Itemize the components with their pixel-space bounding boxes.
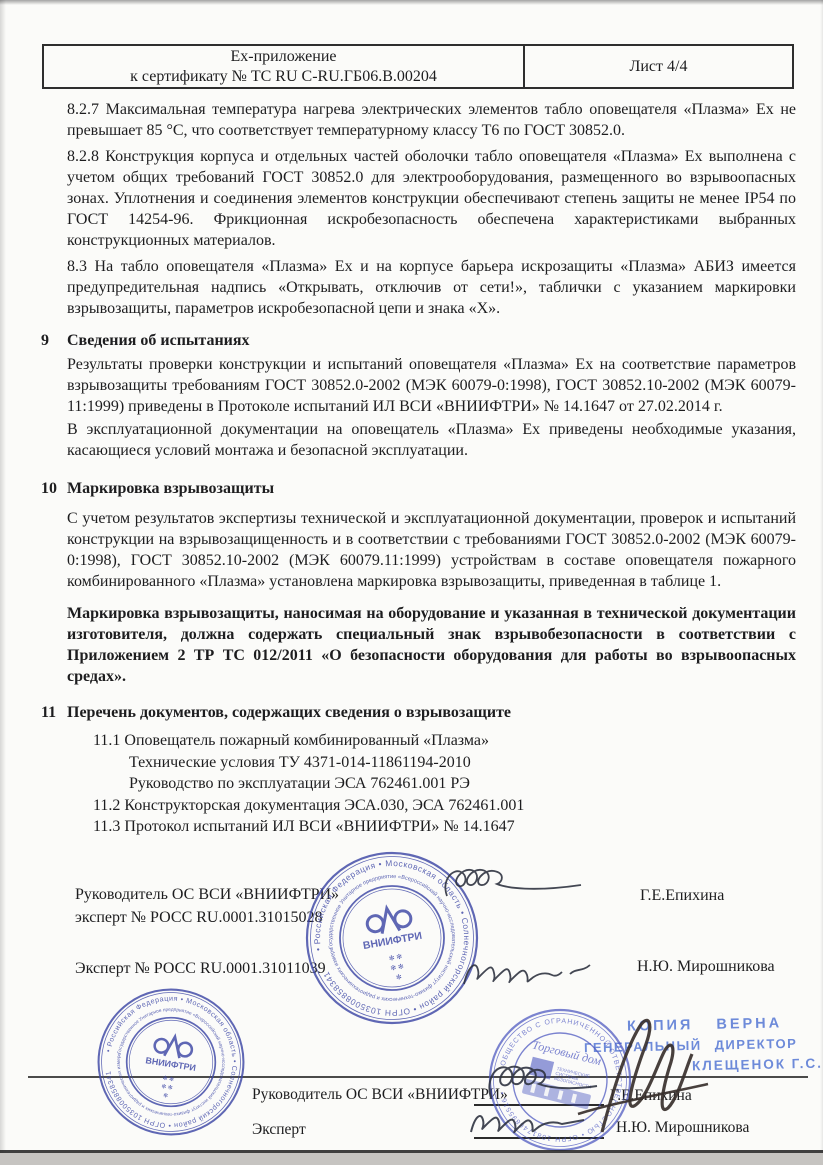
stamp-marks: ✻ ✻ (162, 1075, 174, 1084)
section-11-number: 11 (41, 702, 56, 723)
section-10: 10 Маркировка взрывозащиты С учетом резу… (67, 478, 796, 687)
section-9-number: 9 (41, 330, 49, 351)
upper-name-miroshnikova: Н.Ю. Мирошникова (637, 958, 775, 976)
header-title-line1: Ex-приложение (231, 47, 337, 67)
clause-8-3: 8.3 На табло оповещателя «Плазма» Ex и н… (67, 256, 796, 319)
section-10-title: Маркировка взрывозащиты (67, 480, 274, 497)
section-11: 11 Перечень документов, содержащих сведе… (67, 702, 796, 838)
header-title-line2: к сертификату № ТС RU C-RU.ГБ06.В.00204 (130, 67, 437, 87)
list-item: 11.2 Конструкторская документация ЭСА.03… (93, 795, 796, 817)
signature-kleshchenok (572, 1014, 712, 1139)
scan-edge-left (0, 0, 6, 1165)
list-item: Технические условия ТУ 4371-014-11861194… (129, 752, 796, 774)
section-9: 9 Сведения об испытаниях Результаты пров… (67, 330, 796, 461)
document-body: 8.2.7 Максимальная температура нагрева э… (67, 99, 796, 838)
header-table: Ex-приложение к сертификату № ТС RU C-RU… (42, 44, 794, 89)
scan-edge-top (0, 0, 823, 5)
header-title-cell: Ex-приложение к сертификату № ТС RU C-RU… (44, 46, 525, 87)
stamp-marks: ✻ (395, 973, 402, 982)
header-sheet-cell: Лист 4/4 (525, 46, 792, 87)
section-10-paragraph: С учетом результатов экспертизы техничес… (67, 508, 796, 592)
list-item: 11.1 Оповещатель пожарный комбинированны… (93, 730, 796, 752)
upper-name-epikhina: Г.Е.Епихина (640, 887, 724, 905)
section-9-title: Сведения об испытаниях (67, 332, 250, 349)
list-item: Руководство по эксплуатации ЭСА 762461.0… (129, 773, 796, 795)
lower-role2: Эксперт (252, 1121, 306, 1139)
stamp-center-name: ВНИИФТРИ (362, 930, 423, 952)
stamp-marks: ✻ ✻ (161, 1083, 173, 1092)
stamp-marks: ✻ ✻ (390, 962, 405, 972)
sheet-number: Лист 4/4 (630, 58, 688, 76)
stamp-marks: ✻ ✻ (388, 953, 403, 963)
stamp-marks: ✻ (163, 1092, 169, 1100)
clause-8-2-8: 8.2.8 Конструкция корпуса и отдельных ча… (67, 146, 796, 251)
vniiftri-round-stamp-lower: • Российская Федерация • Московская обла… (85, 976, 257, 1148)
section-9-paragraph-2: В эксплуатационной документации на опове… (67, 419, 796, 461)
signature-epikhina-upper (437, 862, 587, 907)
list-item: 11.3 Протокол испытаний ИЛ ВСИ «ВНИИФТРИ… (93, 816, 796, 838)
upper-expert-line: Эксперт № РОСС RU.0001.31011039 (75, 960, 326, 978)
section-10-number: 10 (41, 478, 57, 499)
section-11-heading: 11 Перечень документов, содержащих сведе… (67, 702, 796, 723)
upper-role-line2: эксперт № РОСС RU.0001.31015028 (75, 909, 322, 927)
section-10-heading: 10 Маркировка взрывозащиты (67, 478, 796, 499)
scan-edge-bottom-band (0, 1153, 823, 1165)
scanned-certificate-page: Ex-приложение к сертификату № ТС RU C-RU… (0, 0, 823, 1165)
vniiftri-omega-logo-icon (365, 905, 412, 936)
stamp-center-name: ВНИИФТРИ (145, 1055, 197, 1073)
document-list: 11.1 Оповещатель пожарный комбинированны… (67, 730, 796, 838)
section-9-paragraph-1: Результаты проверки конструкции и испыта… (67, 354, 796, 417)
section-10-bold-note: Маркировка взрывозащиты, наносимая на об… (67, 603, 796, 687)
signature-miroshnikova-upper (458, 948, 598, 993)
section-11-title: Перечень документов, содержащих сведения… (67, 704, 511, 721)
vniiftri-omega-logo-icon (153, 1034, 193, 1060)
section-9-heading: 9 Сведения об испытаниях (67, 330, 796, 351)
clause-8-2-7: 8.2.7 Максимальная температура нагрева э… (67, 99, 796, 141)
lower-role1: Руководитель ОС ВСИ «ВНИИФТРИ» (252, 1086, 508, 1104)
